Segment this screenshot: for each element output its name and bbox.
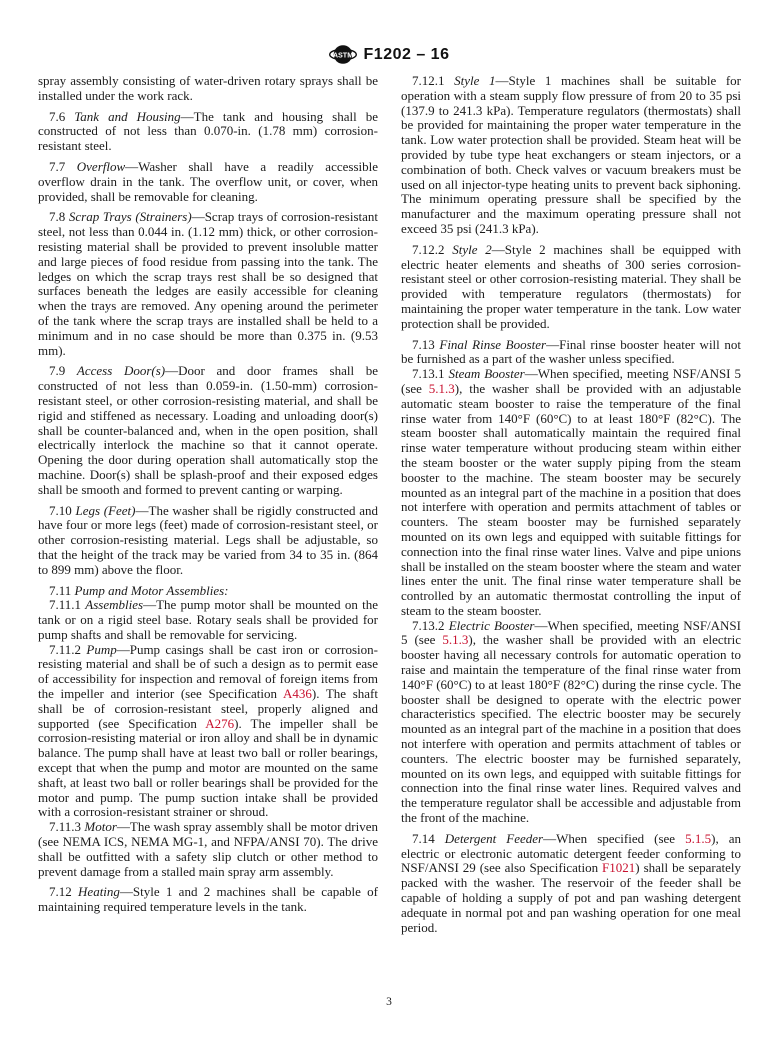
section-title: Final Rinse Booster: [439, 337, 546, 352]
text-run: —Door and door frames shall be construct…: [38, 363, 378, 496]
astm-logo-icon: ASTM: [329, 44, 357, 65]
section-title: Motor: [84, 819, 117, 834]
paragraph: 7.11.1 Assemblies—The pump motor shall b…: [38, 598, 378, 642]
spec-link[interactable]: A276: [205, 716, 234, 731]
paragraph: 7.14 Detergent Feeder—When specified (se…: [401, 832, 741, 936]
text-run: 7.13.1: [412, 366, 448, 381]
section-title: Pump: [86, 642, 116, 657]
section-title: Assemblies: [85, 597, 143, 612]
text-run: 7.6: [49, 109, 74, 124]
paragraph: 7.12 Heating—Style 1 and 2 machines shal…: [38, 885, 378, 915]
section-title: Scrap Trays (Strainers): [69, 209, 192, 224]
paragraph: 7.11 Pump and Motor Assemblies:: [38, 584, 378, 599]
text-run: 7.7: [49, 159, 77, 174]
spec-link[interactable]: 5.1.5: [685, 831, 711, 846]
spec-link[interactable]: F1021: [602, 860, 635, 875]
text-run: ). The impeller shall be corrosion-resis…: [38, 716, 378, 820]
page-header: ASTM F1202 – 16: [0, 44, 778, 65]
svg-text:ASTM: ASTM: [332, 50, 352, 59]
standard-designation: F1202 – 16: [364, 46, 450, 64]
text-run: —When specified (see: [543, 831, 685, 846]
page-number: 3: [386, 996, 392, 1008]
section-title: Steam Booster: [448, 366, 524, 381]
paragraph: 7.13.2 Electric Booster—When specified, …: [401, 619, 741, 826]
text-run: 7.11.1: [49, 597, 85, 612]
section-title: Pump and Motor Assemblies:: [75, 583, 229, 598]
paragraph: 7.13 Final Rinse Booster—Final rinse boo…: [401, 338, 741, 368]
spec-link[interactable]: 5.1.3: [442, 632, 468, 647]
paragraph: 7.10 Legs (Feet)—The washer shall be rig…: [38, 504, 378, 578]
left-column: spray assembly consisting of water-drive…: [38, 74, 378, 935]
paragraph: 7.9 Access Door(s)—Door and door frames …: [38, 364, 378, 497]
paragraph: spray assembly consisting of water-drive…: [38, 74, 378, 104]
section-title: Heating: [78, 884, 120, 899]
text-run: —Style 1 machines shall be suitable for …: [401, 73, 741, 236]
section-title: Electric Booster: [449, 618, 535, 633]
text-run: 7.10: [49, 503, 75, 518]
paragraph: 7.13.1 Steam Booster—When specified, mee…: [401, 367, 741, 619]
paragraph: 7.7 Overflow—Washer shall have a readily…: [38, 160, 378, 204]
text-run: 7.12.1: [412, 73, 454, 88]
page-footer: 3: [0, 996, 778, 1008]
text-run: 7.14: [412, 831, 445, 846]
right-column: 7.12.1 Style 1—Style 1 machines shall be…: [401, 74, 741, 935]
spec-link[interactable]: 5.1.3: [429, 381, 455, 396]
text-run: 7.13: [412, 337, 439, 352]
paragraph: 7.11.3 Motor—The wash spray assembly sha…: [38, 820, 378, 879]
text-run: 7.12.2: [412, 242, 452, 257]
paragraph: 7.11.2 Pump—Pump casings shall be cast i…: [38, 643, 378, 821]
text-run: 7.11.2: [49, 642, 86, 657]
section-title: Access Door(s): [77, 363, 165, 378]
section-title: Legs (Feet): [75, 503, 135, 518]
text-run: ), the washer shall be provided with an …: [401, 632, 741, 825]
text-run: spray assembly consisting of water-drive…: [38, 73, 378, 103]
paragraph: 7.6 Tank and Housing—The tank and housin…: [38, 110, 378, 154]
section-title: Style 1: [454, 73, 495, 88]
section-title: Style 2: [452, 242, 492, 257]
section-title: Overflow: [77, 159, 125, 174]
text-run: —Scrap trays of corrosion-resistant stee…: [38, 209, 378, 357]
text-run: 7.9: [49, 363, 77, 378]
section-title: Detergent Feeder: [445, 831, 543, 846]
section-title: Tank and Housing: [74, 109, 180, 124]
text-run: 7.11.3: [49, 819, 84, 834]
document-page: ASTM F1202 – 16 spray assembly consistin…: [0, 0, 778, 1041]
text-columns: spray assembly consisting of water-drive…: [38, 74, 741, 935]
text-run: ), the washer shall be provided with an …: [401, 381, 741, 618]
paragraph: 7.12.2 Style 2—Style 2 machines shall be…: [401, 243, 741, 332]
text-run: 7.13.2: [412, 618, 449, 633]
text-run: 7.12: [49, 884, 78, 899]
text-run: 7.11: [49, 583, 75, 598]
paragraph: 7.12.1 Style 1—Style 1 machines shall be…: [401, 74, 741, 237]
text-run: 7.8: [49, 209, 69, 224]
spec-link[interactable]: A436: [283, 686, 312, 701]
paragraph: 7.8 Scrap Trays (Strainers)—Scrap trays …: [38, 210, 378, 358]
